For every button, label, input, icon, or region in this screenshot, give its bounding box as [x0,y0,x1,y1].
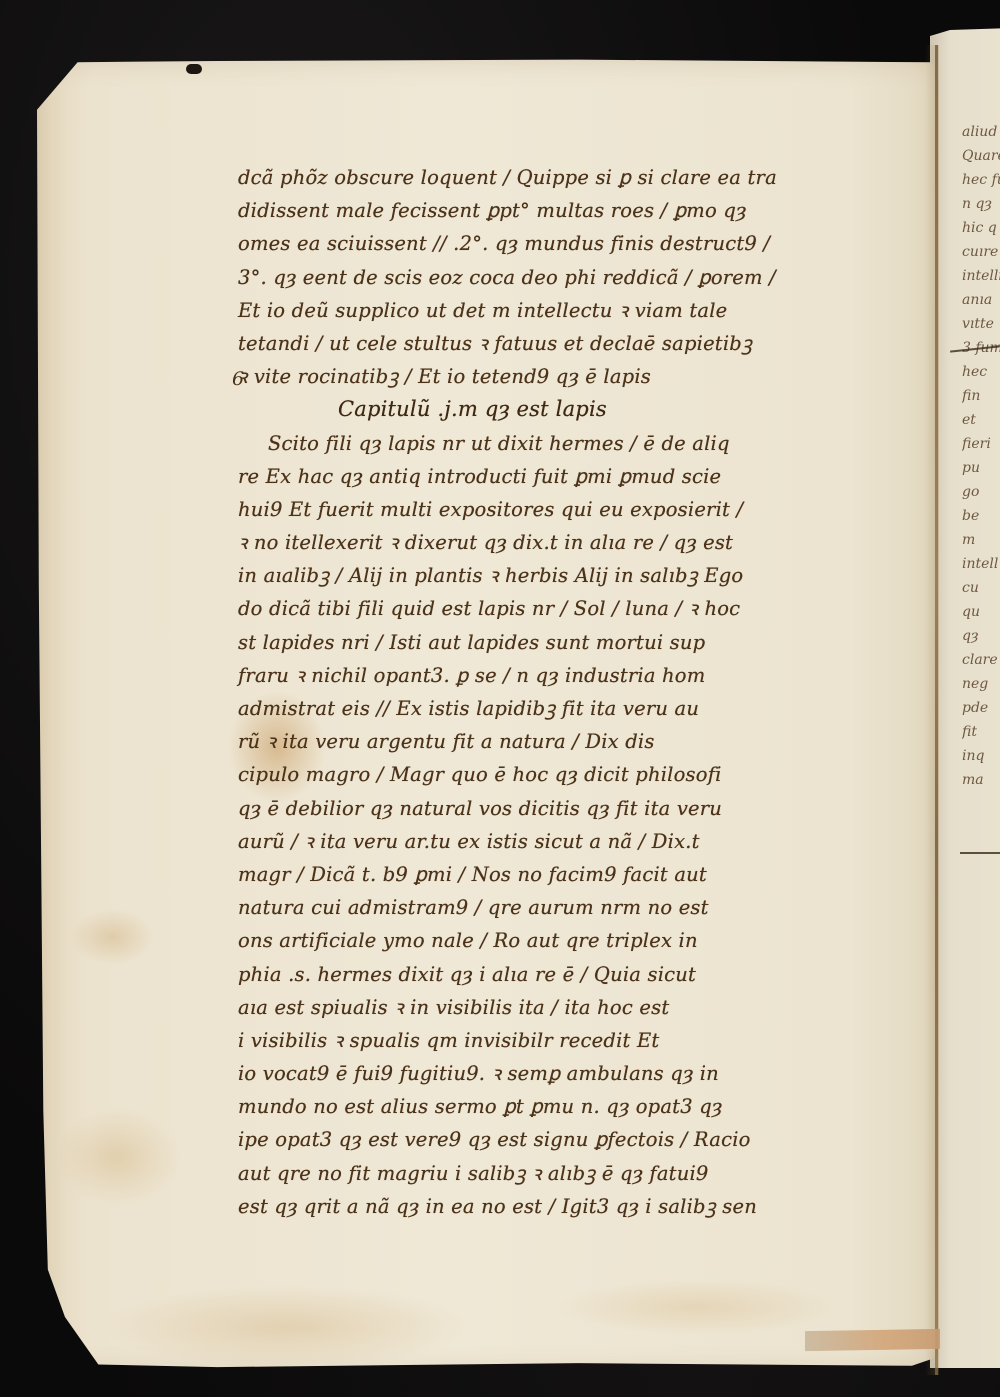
text-line: Et io deũ supplico ut det m intellectu ꝛ… [238,294,878,327]
recto-line: neg [962,672,1000,696]
recto-line: pde [962,696,1000,720]
recto-line: fit [962,720,1000,744]
text-line: aut qre no fit magriu i salibꝫ ꝛ alıbꝫ ē… [238,1157,878,1190]
binding-tab [805,1329,940,1351]
text-line: hui9 Et fuerit multi expositores qui eu … [238,493,878,526]
recto-line: cu [962,576,1000,600]
text-line: didissent male fecissent ꝑpt° multas roe… [238,194,878,227]
recto-line: clare [962,648,1000,672]
recto-line: intellig [962,264,1000,288]
chapter-heading: Capitulũ .j.m qȝ est lapis [238,393,878,426]
recto-line: pu [962,456,1000,480]
recto-line: hec [962,360,1000,384]
recto-line: vıtte [962,312,1000,336]
text-line: tetandi / ut cele stultus ꝛ fatuus et de… [238,327,878,360]
recto-line: ma [962,768,1000,792]
recto-line: inq [962,744,1000,768]
recto-line: aliud [962,120,1000,144]
text-line: cipulo magro / Magr quo ē hoc qȝ dicit p… [238,758,878,791]
recto-line: intell [962,552,1000,576]
text-line: io vocat9 ē fui9 fugitiu9. ꝛ semꝑ ambula… [238,1057,878,1090]
text-line: omes ea sciuissent // .2°. qȝ mundus fin… [238,227,878,260]
text-line: aıa est spiualis ꝛ in visibilis ita / it… [238,991,878,1024]
text-line: do dicã tibi fili quid est lapis nr / So… [238,592,878,625]
recto-line: fieri [962,432,1000,456]
recto-line: go [962,480,1000,504]
text-line: magr / Dicã t. b9 ꝑmi / Nos no facim9 fa… [238,858,878,891]
text-line: qȝ ē debilior qȝ natural vos dicitis qȝ … [238,792,878,825]
recto-text-fragment: aliud Quare hec fu n qȝ hic q cuıre inte… [962,120,1000,792]
text-line: ipe opat3 qȝ est vere9 qȝ est signu ꝑfec… [238,1123,878,1156]
recto-ruled-line [960,852,1000,854]
recto-line: n qȝ [962,192,1000,216]
text-line: mundo no est alius sermo ꝑt ꝑmu n. qȝ op… [238,1090,878,1123]
main-text-block: dcã phõz obscure loquent / Quippe si ꝑ s… [238,161,878,1223]
recto-line: anıa [962,288,1000,312]
recto-line: hic q [962,216,1000,240]
binding-gutter [935,45,938,1375]
recto-line: m [962,528,1000,552]
recto-line: fin [962,384,1000,408]
recto-line: hec fu [962,168,1000,192]
ink-blot [186,64,202,74]
text-line: re Ex hac qȝ antiq introducti fuit ꝑmi ꝑ… [238,460,878,493]
text-line: ꝛ no itellexerit ꝛ dixerut qȝ dix.t in a… [238,526,878,559]
text-line: in aıalibꝫ / Alij in plantis ꝛ herbis Al… [238,559,878,592]
text-line: phia .s. hermes dixit qȝ i alıa re ē / Q… [238,958,878,991]
text-line: 3°. qȝ eent de scis eoz coca deo phi red… [238,261,878,294]
recto-line: qu [962,600,1000,624]
text-line: i visibilis ꝛ spualis qm invisibilr rece… [238,1024,878,1057]
text-line: ons artificiale ymo nale / Ro aut qre tr… [238,924,878,957]
text-line: st lapides nri / Isti aut lapides sunt m… [238,626,878,659]
text-line: dcã phõz obscure loquent / Quippe si ꝑ s… [238,161,878,194]
text-line: rũ ꝛ ita veru argentu fit a natura / Dix… [238,725,878,758]
text-line: est qȝ qrit a nã qȝ in ea no est / Igit3… [238,1190,878,1223]
text-line: ꝛ vite rocinatibꝫ / Et io tetend9 qȝ ē l… [238,360,878,393]
recto-line: be [962,504,1000,528]
recto-line: cuıre [962,240,1000,264]
recto-line: qȝ [962,624,1000,648]
text-line: natura cui admistram9 / qre aurum nrm no… [238,891,878,924]
text-line: Scito fili qȝ lapis nr ut dixit hermes /… [238,427,878,460]
text-line: aurũ / ꝛ ita veru ar.tu ex istis sicut a… [238,825,878,858]
text-line: fraru ꝛ nichil opant3. ꝑ se / n qȝ indus… [238,659,878,692]
text-line: admistrat eis // Ex istis lapidibꝫ fit i… [238,692,878,725]
recto-line: et [962,408,1000,432]
recto-line: Quare [962,144,1000,168]
